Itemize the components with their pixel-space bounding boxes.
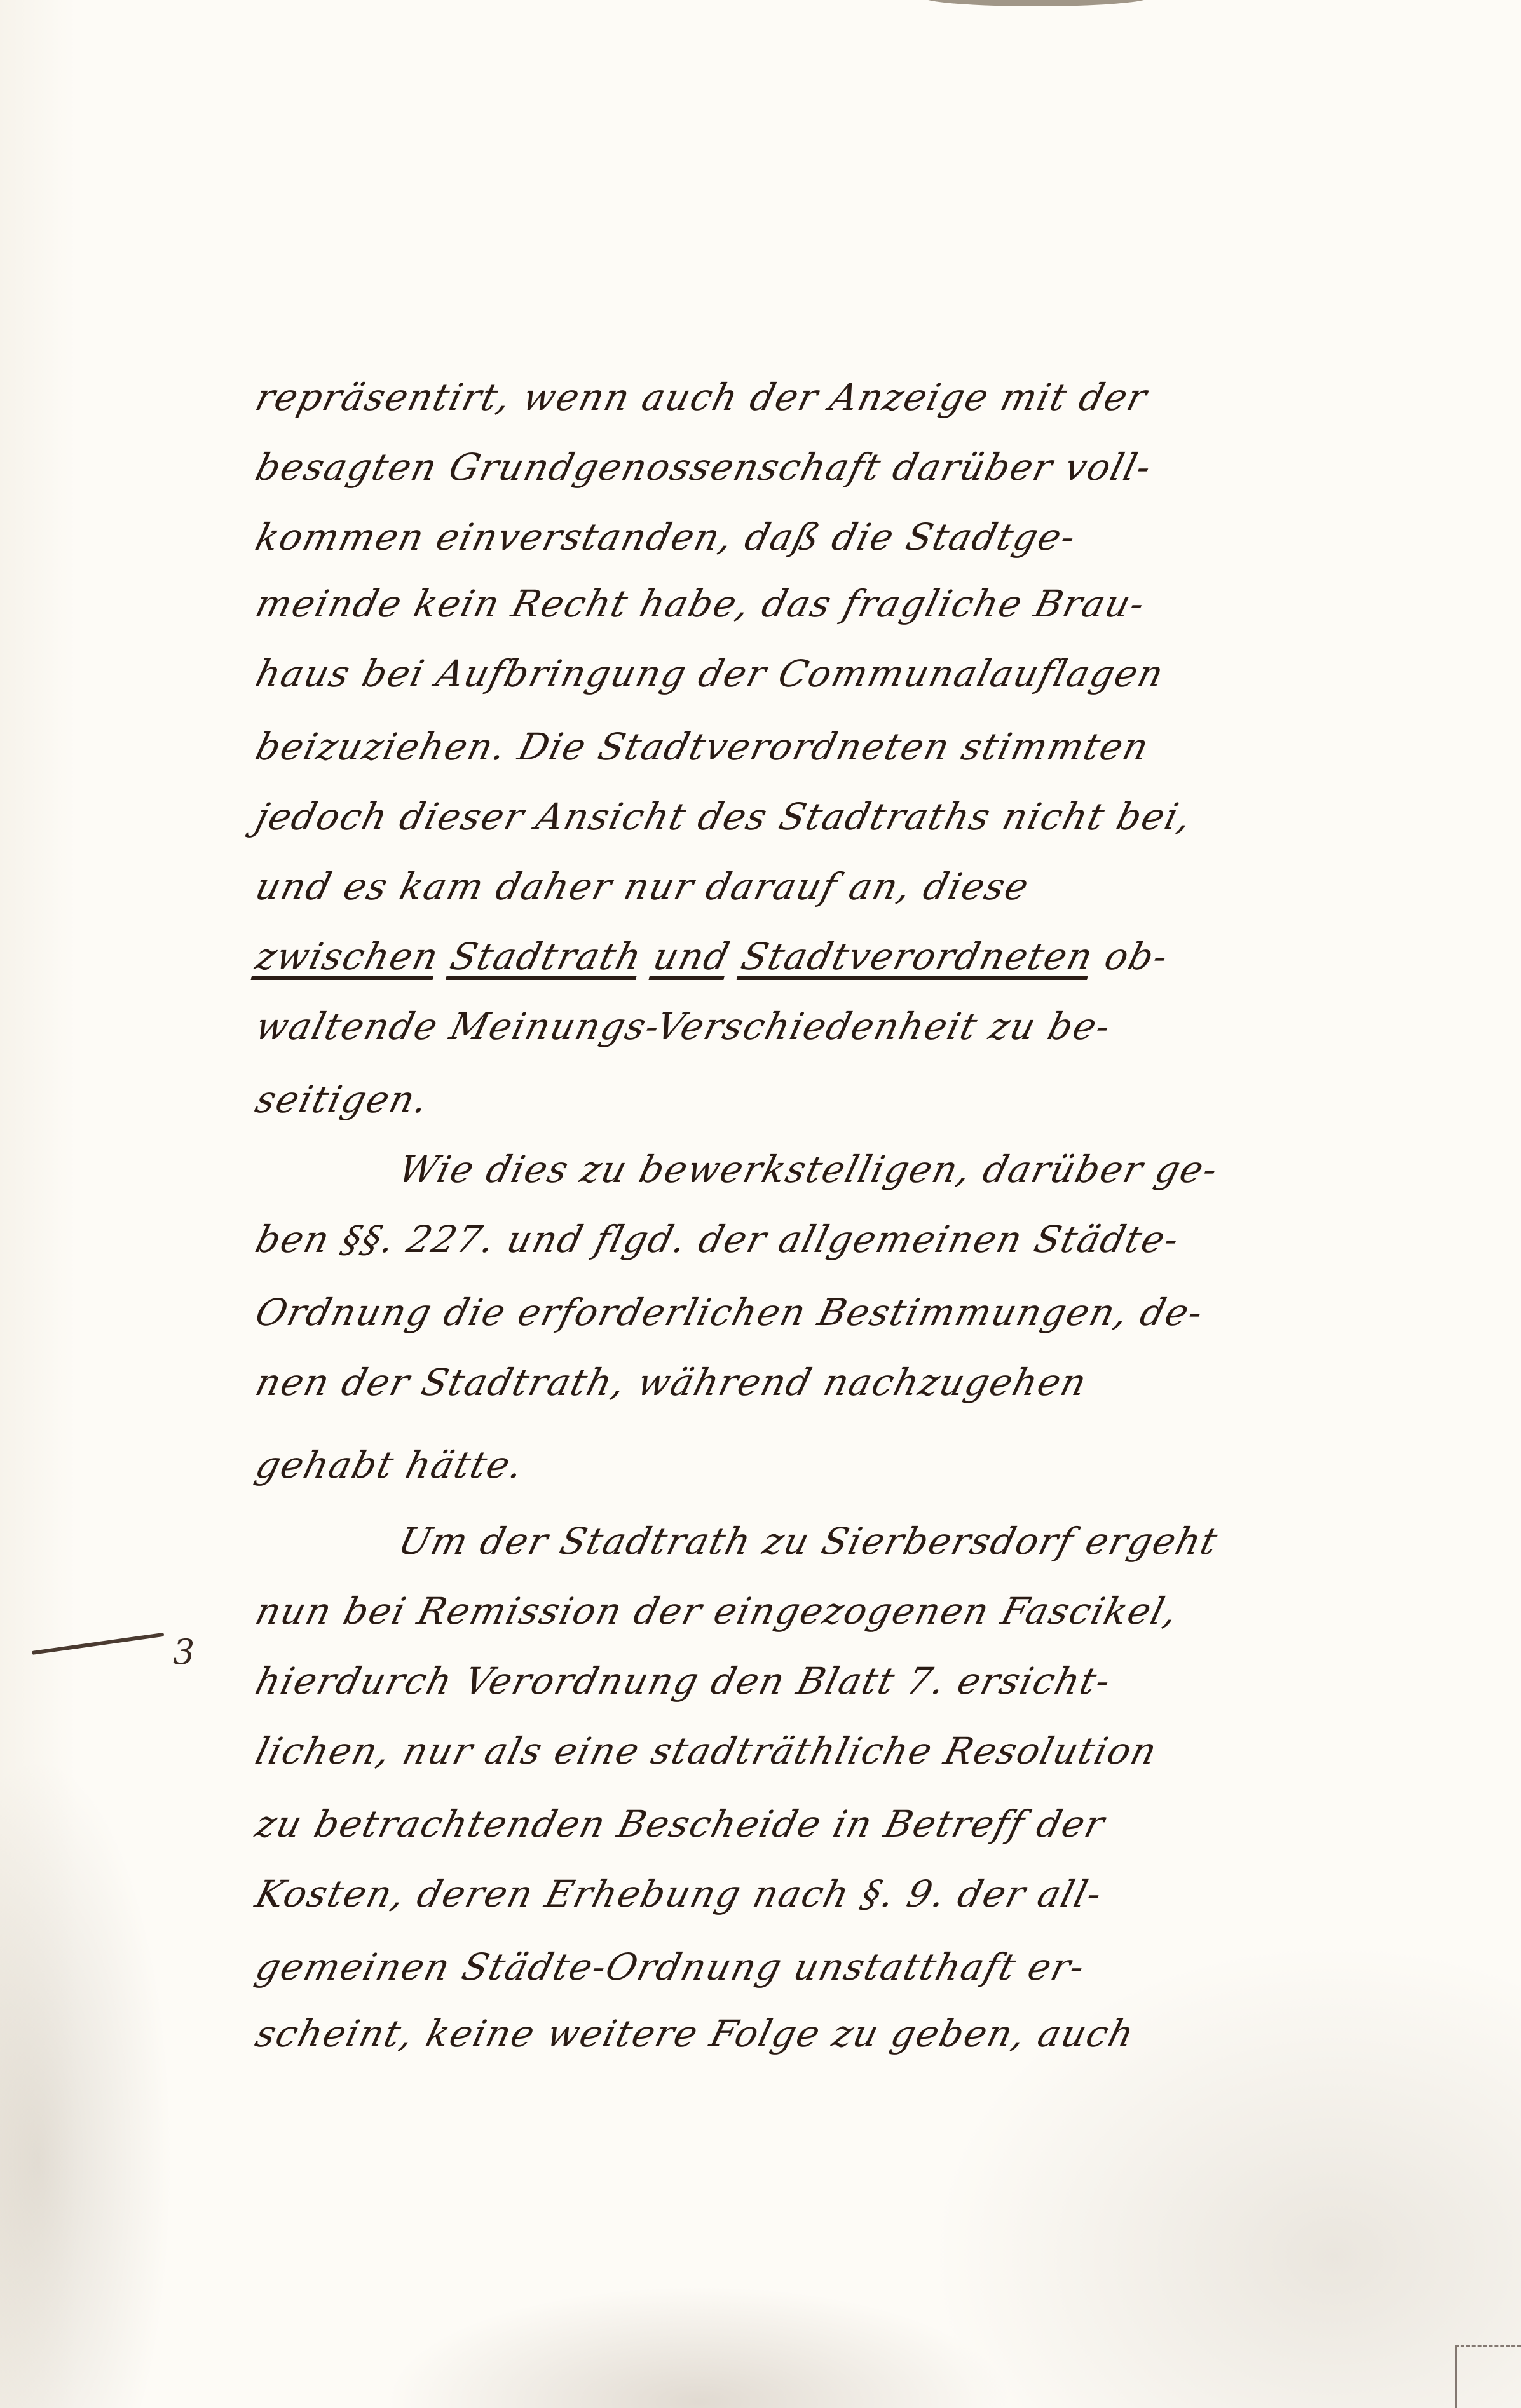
manuscript-line: zu betrachtenden Bescheide in Betreff de…: [251, 1802, 1501, 1846]
manuscript-line: seitigen.: [251, 1077, 1501, 1122]
underlined-word: zwischen: [251, 935, 444, 978]
manuscript-line: nen der Stadtrath, während nachzugehen: [251, 1360, 1501, 1405]
manuscript-line: Kosten, deren Erhebung nach §. 9. der al…: [251, 1872, 1501, 1916]
manuscript-line: lichen, nur als eine stadträthliche Reso…: [251, 1729, 1501, 1773]
manuscript-line: ben §§. 227. und flgd. der allgemeinen S…: [251, 1217, 1501, 1262]
manuscript-line-paragraph-start: Um der Stadtrath zu Sierbersdorf ergeht: [394, 1519, 1521, 1563]
manuscript-line: und es kam daher nur darauf an, diese: [251, 864, 1501, 909]
underlined-word: Stadtrath: [446, 935, 647, 978]
manuscript-line: Ordnung die erforderlichen Bestimmungen,…: [251, 1290, 1501, 1335]
manuscript-line: scheint, keine weitere Folge zu geben, a…: [251, 2011, 1501, 2056]
manuscript-line-underlined: zwischen Stadtrath und Stadtverordneten …: [251, 934, 1501, 979]
manuscript-line: jedoch dieser Ansicht des Stadtraths nic…: [251, 794, 1501, 839]
manuscript-line: kommen einverstanden, daß die Stadtge-: [251, 515, 1501, 559]
manuscript-line: waltende Meinungs-Verschiedenheit zu be-: [251, 1004, 1501, 1049]
manuscript-line: gehabt hätte.: [251, 1443, 1501, 1487]
manuscript-line: repräsentirt, wenn auch der Anzeige mit …: [251, 375, 1501, 419]
underlined-word: Stadtverordneten: [737, 935, 1098, 978]
page-corner-mark: [1455, 2345, 1521, 2408]
underlined-word: und: [649, 935, 735, 978]
manuscript-line: besagten Grundgenossenschaft darüber vol…: [251, 445, 1501, 489]
manuscript-line: haus bei Aufbringung der Communalauflage…: [251, 651, 1501, 696]
manuscript-line: meinde kein Recht habe, das fragliche Br…: [251, 582, 1501, 626]
manuscript-line-paragraph-start: Wie dies zu bewerkstelligen, darüber ge-: [394, 1147, 1521, 1192]
line-tail: ob-: [1088, 935, 1173, 978]
manuscript-text: repräsentirt, wenn auch der Anzeige mit …: [0, 0, 1521, 2408]
manuscript-line: beizuziehen. Die Stadtverordneten stimmt…: [251, 724, 1501, 769]
manuscript-line: nun bei Remission der eingezogenen Fasci…: [251, 1589, 1501, 1633]
manuscript-line: hierdurch Verordnung den Blatt 7. ersich…: [251, 1659, 1501, 1703]
manuscript-line: gemeinen Städte-Ordnung unstatthaft er-: [251, 1945, 1501, 1989]
margin-note: 3: [173, 1632, 194, 1672]
